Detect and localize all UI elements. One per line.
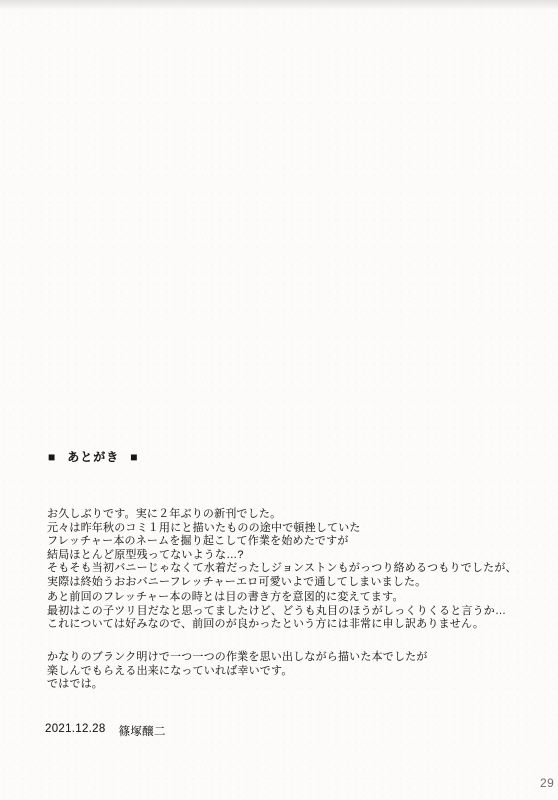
text-line: 結局ほとんど原型残ってないような…? (47, 549, 547, 563)
afterword-paragraph-3: かなりのブランク明けで一つ一つの作業を思い出しながら描いた本でしたが 楽しんでも… (47, 651, 547, 692)
text-line: フレッチャー本のネームを掘り起こして作業を始めたですが (47, 535, 547, 549)
scan-edge-shadow (0, 0, 558, 10)
afterword-paragraph-2: あと前回のフレッチャー本の時とは目の書き方を意図的に変えてます。 最初はこの子ツ… (47, 591, 547, 632)
text-line: 最初はこの子ツリ目だなと思ってましたけど、どうも丸目のほうがしっくりくると言うか… (47, 605, 547, 619)
text-line: 楽しんでもらえる出来になっていれば幸いです。 (47, 665, 547, 679)
text-line: 元々は昨年秋のコミ１用にと描いたものの途中で頓挫していた (47, 522, 547, 536)
text-line: お久しぶりです。実に２年ぶりの新刊でした。 (47, 508, 547, 522)
colophon-author: 篠塚醸二 (119, 723, 166, 739)
text-line: かなりのブランク明けで一つ一つの作業を思い出しながら描いた本でしたが (47, 651, 547, 665)
text-line: これについては好みなので、前回のが良かったという方には非常に申し訳ありません。 (47, 618, 547, 632)
colophon: 2021.12.28 篠塚醸二 (45, 723, 166, 739)
text-line: そもそも当初バニーじゃなくて水着だったしジョンストンもがっつり絡めるつもりでした… (47, 562, 547, 576)
colophon-date: 2021.12.28 (45, 723, 106, 739)
square-bullet-icon: ■ (48, 451, 56, 463)
text-line: ではでは。 (47, 678, 547, 692)
afterword-heading: ■ あとがき ■ (48, 448, 139, 465)
text-line: 実際は終始うおおバニーフレッチャーエロ可愛いよで通してしまいました。 (47, 576, 547, 590)
afterword-heading-title: あとがき (67, 448, 119, 465)
afterword-paragraph-1: お久しぶりです。実に２年ぶりの新刊でした。 元々は昨年秋のコミ１用にと描いたもの… (47, 508, 547, 589)
page-number: 29 (540, 776, 554, 790)
square-bullet-icon: ■ (130, 451, 138, 463)
text-line: あと前回のフレッチャー本の時とは目の書き方を意図的に変えてます。 (47, 591, 547, 605)
scanned-afterword-page: ■ あとがき ■ お久しぶりです。実に２年ぶりの新刊でした。 元々は昨年秋のコミ… (0, 0, 558, 800)
